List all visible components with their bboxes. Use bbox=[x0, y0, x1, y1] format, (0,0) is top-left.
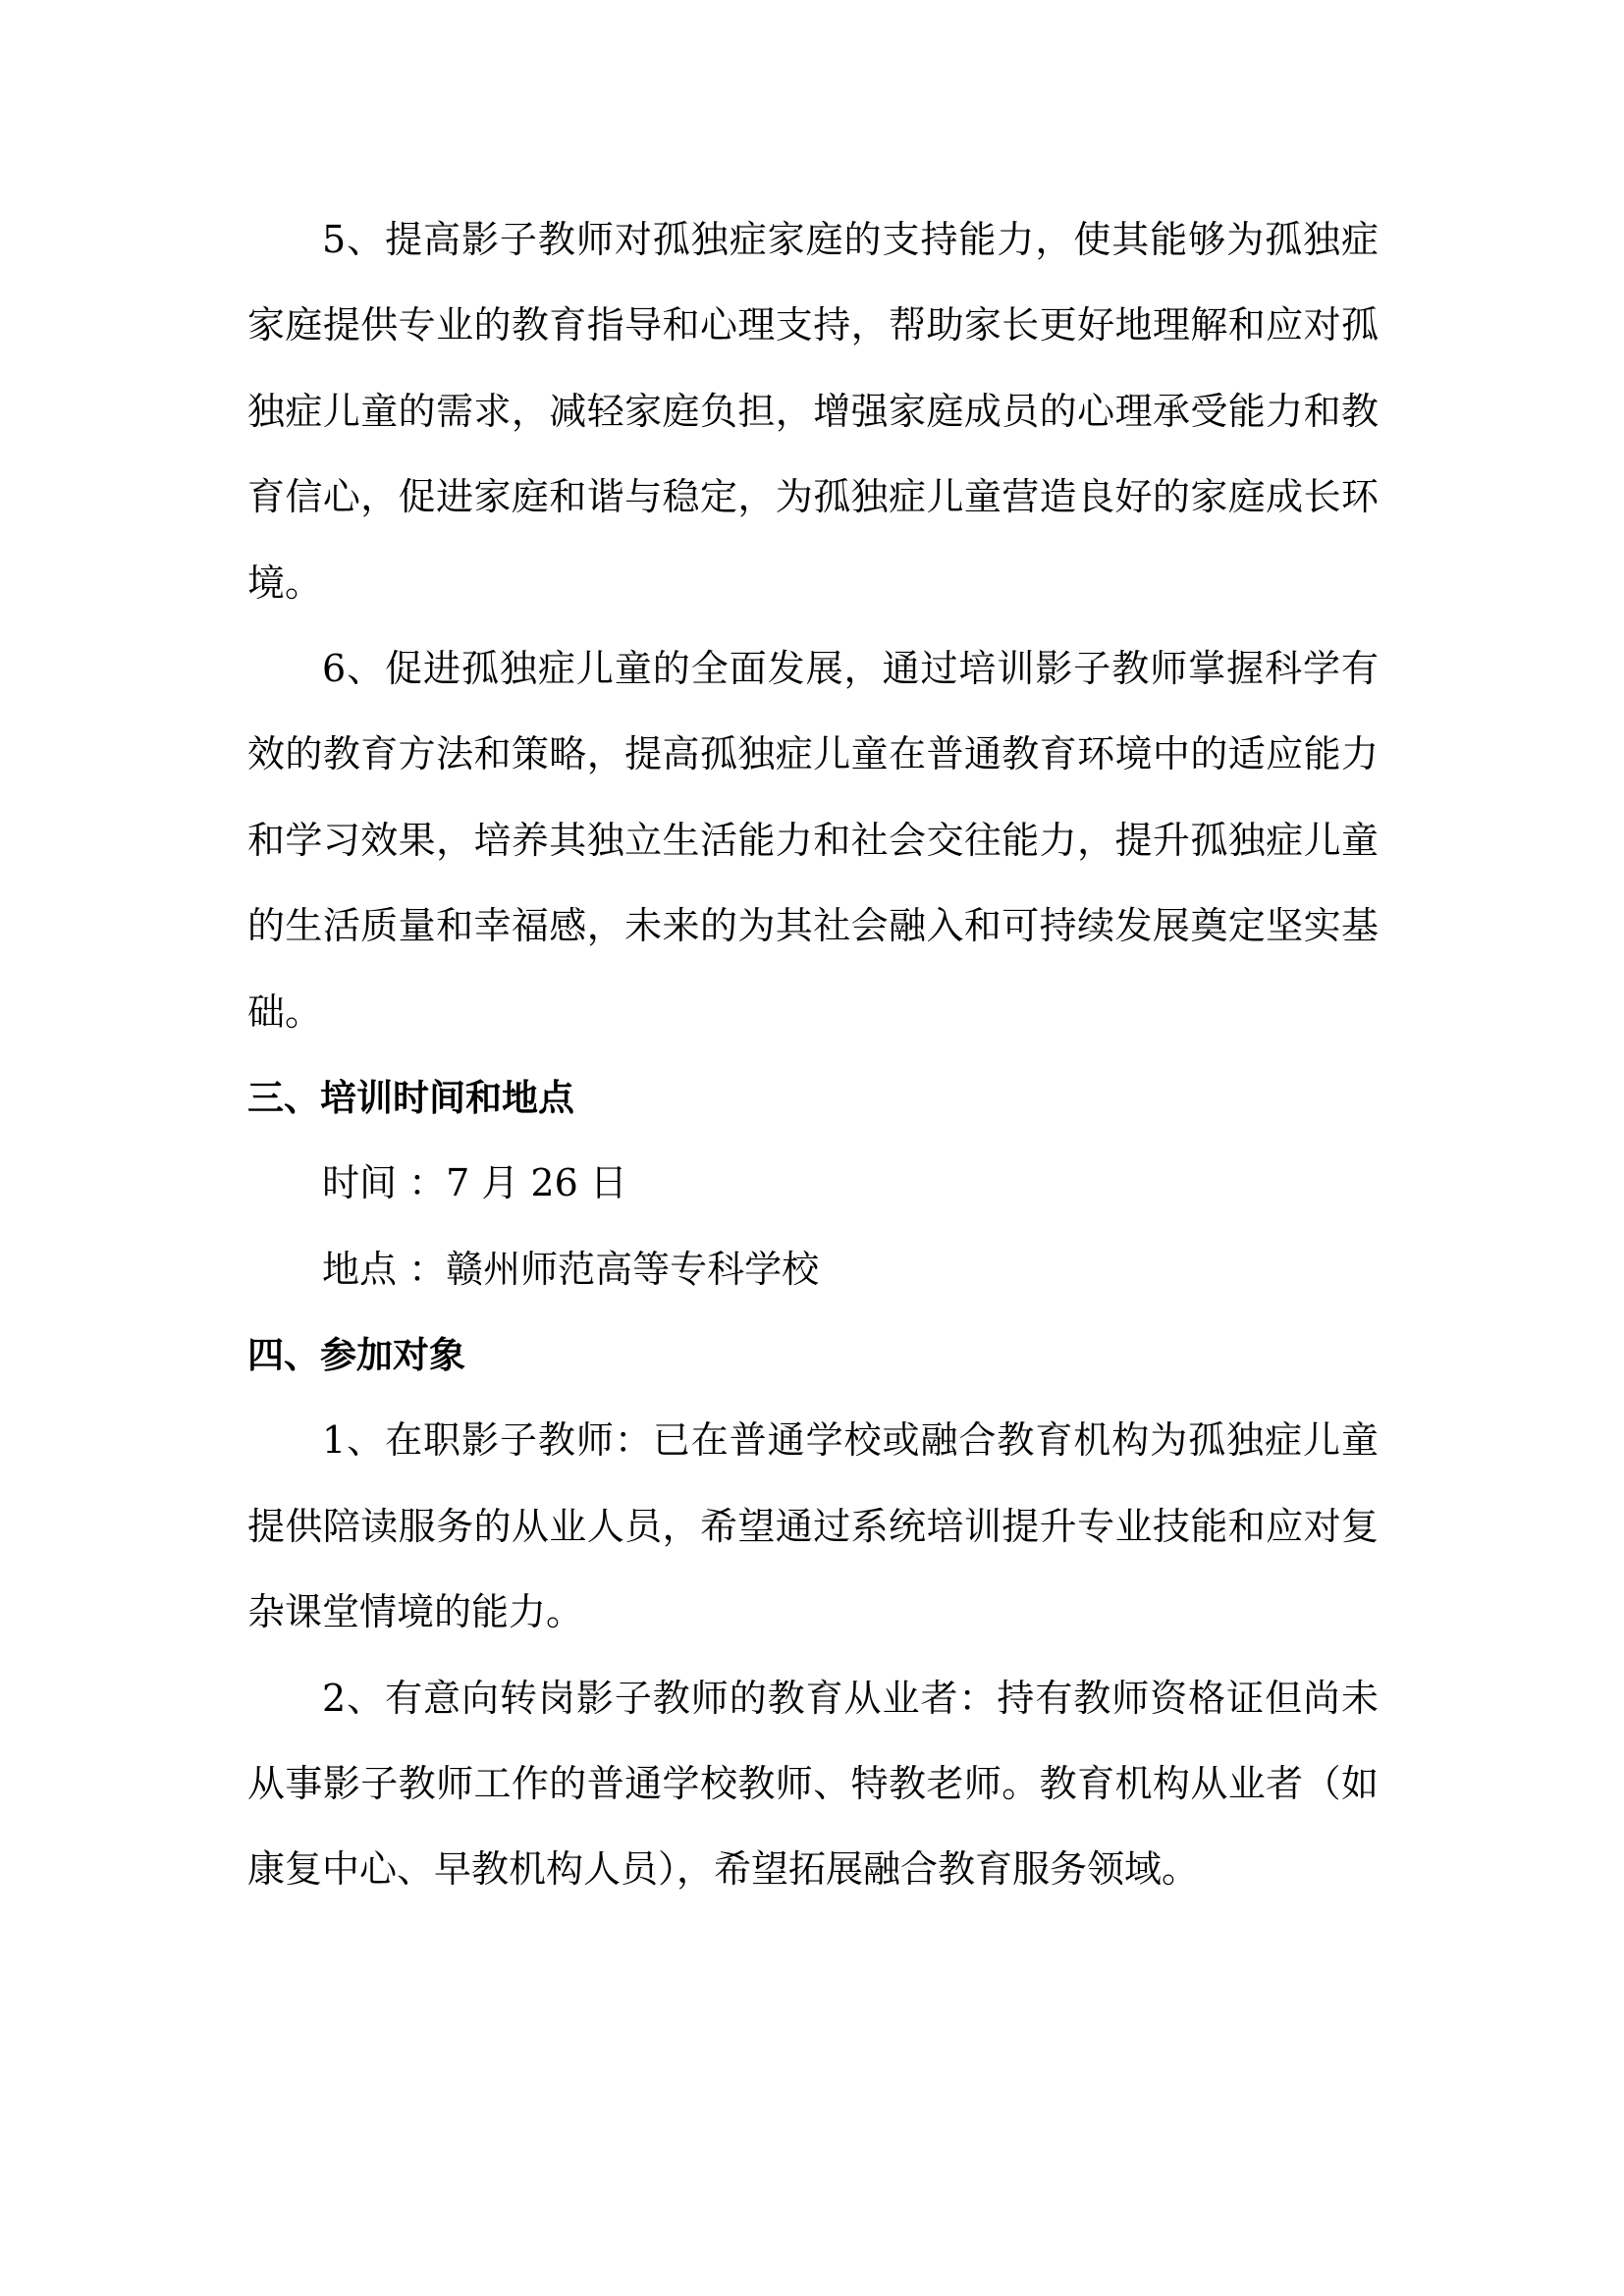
text-line: 和学习效果，培养其独立生活能力和社会交往能力，提升孤独症儿童 bbox=[247, 798, 1379, 883]
place-value: 赣州师范高等专科学校 bbox=[446, 1248, 819, 1291]
section-participants: 四、参加对象 1、在职影子教师：已在普通学校或融合教育机构为孤独症儿童 提供陪读… bbox=[247, 1312, 1379, 1913]
text-line: 1、在职影子教师：已在普通学校或融合教育机构为孤独症儿童 bbox=[247, 1398, 1379, 1483]
text-line: 境。 bbox=[247, 541, 1379, 626]
place-row: 地点 ：赣州师范高等专科学校 bbox=[247, 1227, 1379, 1312]
time-value: 7 月 26 日 bbox=[446, 1161, 627, 1204]
text-line: 6、促进孤独症儿童的全面发展，通过培训影子教师掌握科学有 bbox=[247, 626, 1379, 712]
text-line: 提供陪读服务的从业人员，希望通过系统培训提升专业技能和应对复 bbox=[247, 1484, 1379, 1570]
time-label: 时间 ： bbox=[322, 1161, 446, 1204]
text-line: 5、提高影子教师对孤独症家庭的支持能力，使其能够为孤独症 bbox=[247, 197, 1379, 283]
text-line: 的生活质量和幸福感，未来的为其社会融入和可持续发展奠定坚实基 bbox=[247, 883, 1379, 969]
text-line: 育信心，促进家庭和谐与稳定，为孤独症儿童营造良好的家庭成长环 bbox=[247, 454, 1379, 540]
time-row: 时间 ：7 月 26 日 bbox=[247, 1141, 1379, 1226]
text-line: 础。 bbox=[247, 970, 1379, 1055]
text-line: 效的教育方法和策略，提高孤独症儿童在普通教育环境中的适应能力 bbox=[247, 712, 1379, 797]
participant-item-2: 2、有意向转岗影子教师的教育从业者：持有教师资格证但尚未 从事影子教师工作的普通… bbox=[247, 1656, 1379, 1913]
section-heading: 四、参加对象 bbox=[247, 1312, 1379, 1398]
section-training-time-place: 三、培训时间和地点 时间 ：7 月 26 日 地点 ：赣州师范高等专科学校 bbox=[247, 1055, 1379, 1312]
document-page: 5、提高影子教师对孤独症家庭的支持能力，使其能够为孤独症 家庭提供专业的教育指导… bbox=[0, 0, 1624, 2296]
section-heading: 三、培训时间和地点 bbox=[247, 1055, 1379, 1141]
text-line: 从事影子教师工作的普通学校教师、特教老师。教育机构从业者（如 bbox=[247, 1741, 1379, 1827]
participant-item-1: 1、在职影子教师：已在普通学校或融合教育机构为孤独症儿童 提供陪读服务的从业人员… bbox=[247, 1398, 1379, 1655]
text-line: 杂课堂情境的能力。 bbox=[247, 1570, 1379, 1655]
paragraph-item-5: 5、提高影子教师对孤独症家庭的支持能力，使其能够为孤独症 家庭提供专业的教育指导… bbox=[247, 197, 1379, 626]
text-line: 康复中心、早教机构人员），希望拓展融合教育服务领域。 bbox=[247, 1827, 1379, 1912]
place-label: 地点 ： bbox=[322, 1248, 446, 1291]
text-line: 独症儿童的需求，减轻家庭负担，增强家庭成员的心理承受能力和教 bbox=[247, 369, 1379, 454]
document-body: 5、提高影子教师对孤独症家庭的支持能力，使其能够为孤独症 家庭提供专业的教育指导… bbox=[247, 197, 1379, 1913]
text-line: 2、有意向转岗影子教师的教育从业者：持有教师资格证但尚未 bbox=[247, 1656, 1379, 1741]
text-line: 家庭提供专业的教育指导和心理支持，帮助家长更好地理解和应对孤 bbox=[247, 283, 1379, 368]
paragraph-item-6: 6、促进孤独症儿童的全面发展，通过培训影子教师掌握科学有 效的教育方法和策略，提… bbox=[247, 626, 1379, 1055]
